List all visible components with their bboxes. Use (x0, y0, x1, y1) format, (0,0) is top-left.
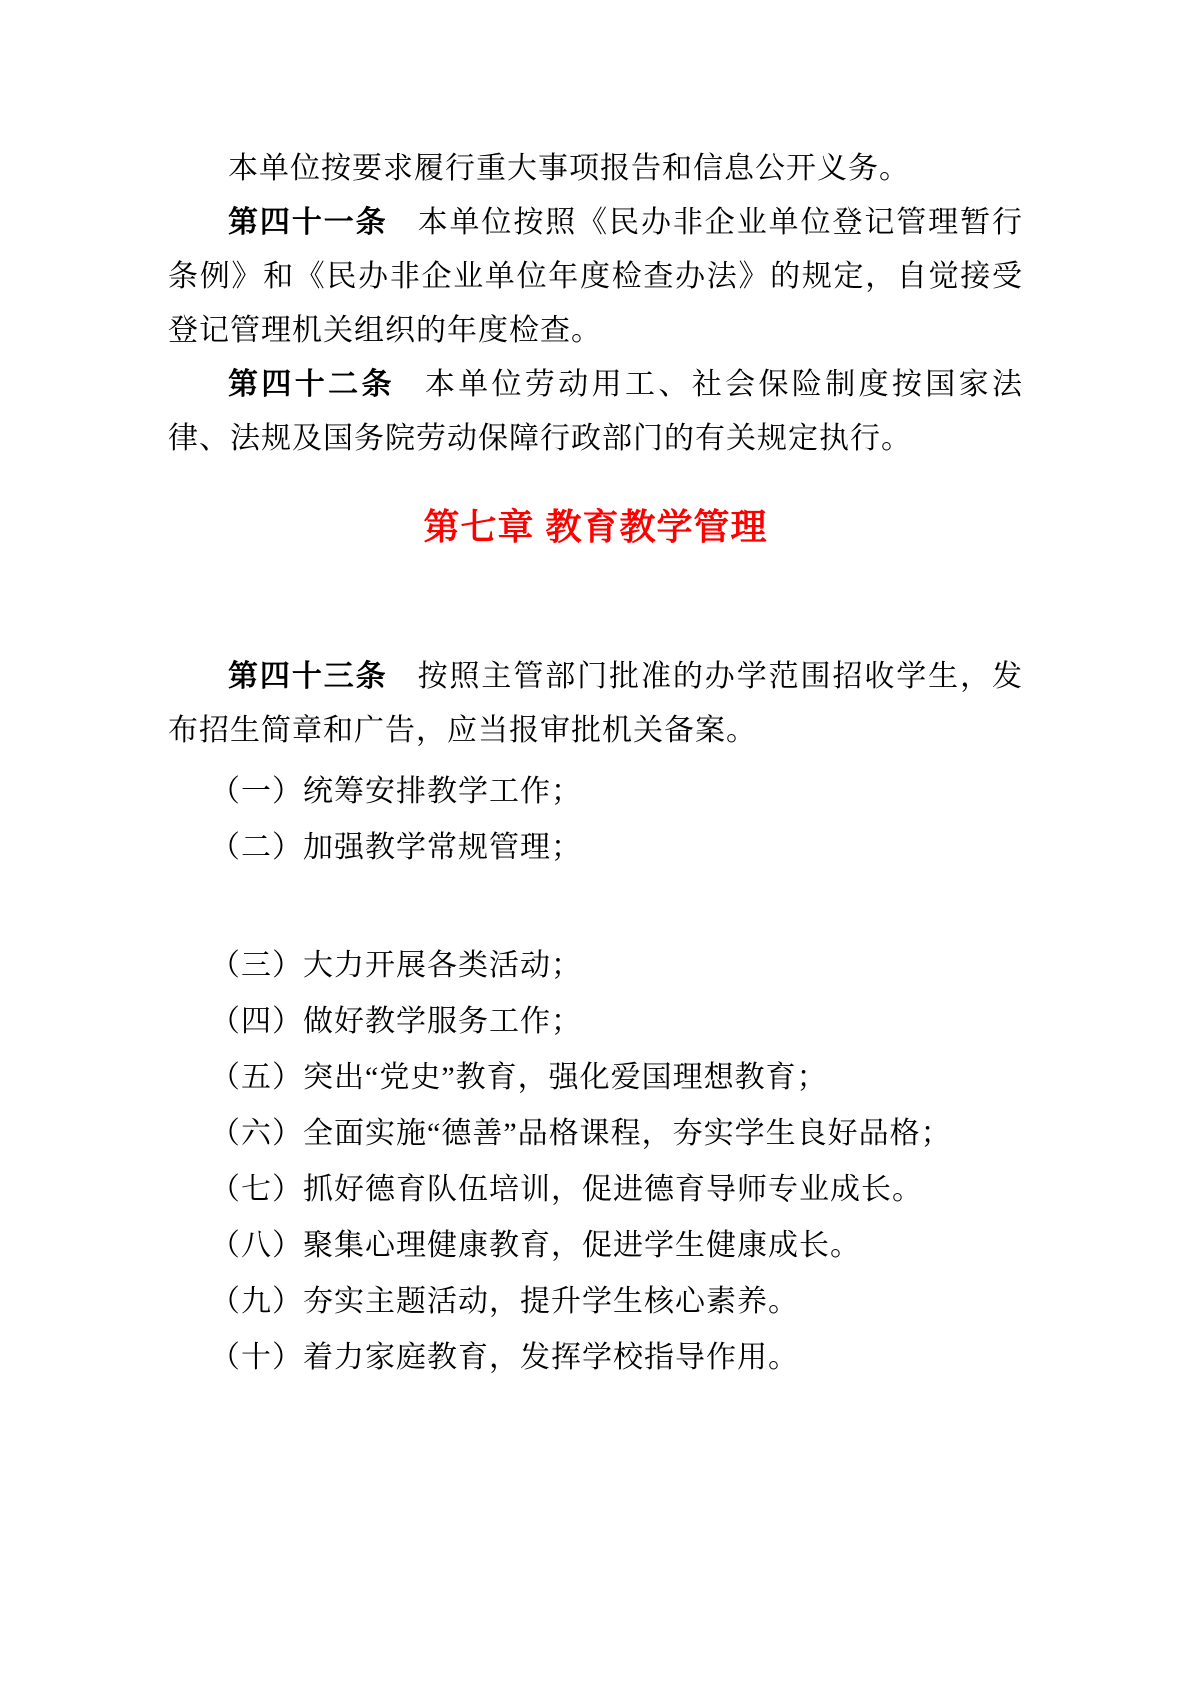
list-item-8: （八）聚集心理健康教育，促进学生健康成长。 (168, 1218, 1023, 1274)
list-item-3: （三）大力开展各类活动； (168, 938, 1023, 994)
article-41-label: 第四十一条 (228, 206, 388, 239)
article-42-label: 第四十二条 (228, 368, 395, 401)
list-item-2: （二）加强教学常规管理； (168, 820, 1023, 876)
article-43-paragraph: 第四十三条按照主管部门批准的办学范围招收学生，发布招生简章和广告，应当报审批机关… (168, 650, 1023, 758)
article-42-paragraph: 第四十二条本单位劳动用工、社会保险制度按国家法律、法规及国务院劳动保障行政部门的… (168, 358, 1023, 466)
article-43-item-list: （一）统筹安排教学工作； （二）加强教学常规管理； （三）大力开展各类活动； （… (168, 764, 1023, 1386)
list-item-9: （九）夯实主题活动，提升学生核心素养。 (168, 1274, 1023, 1330)
intro-paragraph: 本单位按要求履行重大事项报告和信息公开义务。 (168, 142, 1023, 196)
list-item-7: （七）抓好德育队伍培训，促进德育导师专业成长。 (168, 1162, 1023, 1218)
list-item-10: （十）着力家庭教育，发挥学校指导作用。 (168, 1330, 1023, 1386)
document-page: 本单位按要求履行重大事项报告和信息公开义务。 第四十一条本单位按照《民办非企业单… (0, 0, 1191, 1684)
list-item-4: （四）做好教学服务工作； (168, 994, 1023, 1050)
chapter-7-heading: 第七章 教育教学管理 (168, 500, 1023, 554)
document-content: 本单位按要求履行重大事项报告和信息公开义务。 第四十一条本单位按照《民办非企业单… (0, 0, 1191, 1386)
list-item-6: （六）全面实施“德善”品格课程，夯实学生良好品格； (168, 1106, 1023, 1162)
article-43-label: 第四十三条 (228, 660, 388, 693)
intro-text: 本单位按要求履行重大事项报告和信息公开义务。 (228, 152, 910, 185)
list-item-1: （一）统筹安排教学工作； (168, 764, 1023, 820)
article-41-paragraph: 第四十一条本单位按照《民办非企业单位登记管理暂行条例》和《民办非企业单位年度检查… (168, 196, 1023, 358)
list-item-5: （五）突出“党史”教育，强化爱国理想教育； (168, 1050, 1023, 1106)
